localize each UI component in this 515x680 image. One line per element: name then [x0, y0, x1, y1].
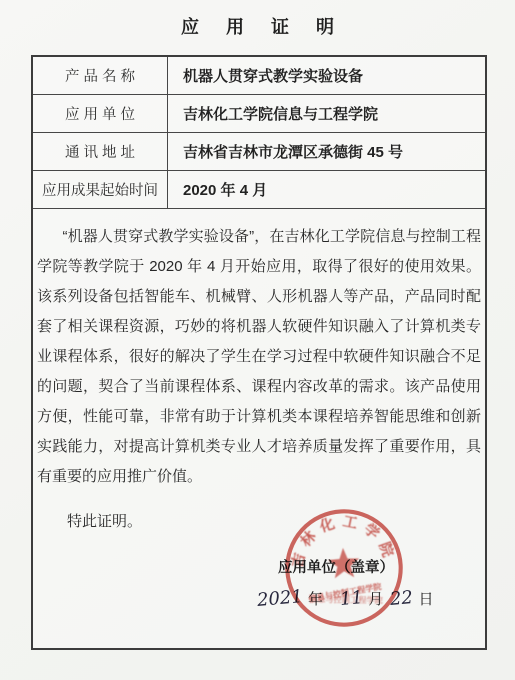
- product-name-value: 机器人贯穿式教学实验设备: [168, 57, 485, 94]
- application-unit-value: 吉林化工学院信息与工程学院: [168, 95, 485, 132]
- mailing-address-label: 通 讯 地 址: [33, 133, 168, 170]
- mailing-address-value: 吉林省吉林市龙潭区承德街 45 号: [168, 133, 485, 170]
- body-paragraph: “机器人贯穿式教学实验设备”，在吉林化工学院信息与控制工程学院等教学院于 202…: [37, 222, 481, 492]
- seal-star-icon: [327, 547, 360, 578]
- certificate-box: 产 品 名 称 机器人贯穿式教学实验设备 应 用 单 位 吉林化工学院信息与工程…: [31, 55, 487, 650]
- product-name-label: 产 品 名 称: [33, 57, 168, 94]
- page-title: 应 用 证 明: [0, 13, 515, 39]
- certificate-body: “机器人贯穿式教学实验设备”，在吉林化工学院信息与控制工程学院等教学院于 202…: [33, 209, 485, 537]
- table-row-mailing-address: 通 讯 地 址 吉林省吉林市龙潭区承德街 45 号: [33, 133, 485, 171]
- certificate-page: 应 用 证 明 产 品 名 称 机器人贯穿式教学实验设备 应 用 单 位 吉林化…: [0, 0, 515, 680]
- closing-line: 特此证明。: [37, 507, 481, 537]
- start-date-label: 应用成果起始时间: [33, 171, 168, 208]
- info-table: 产 品 名 称 机器人贯穿式教学实验设备 应 用 单 位 吉林化工学院信息与工程…: [33, 57, 485, 209]
- table-row-application-unit: 应 用 单 位 吉林化工学院信息与工程学院: [33, 95, 485, 133]
- day-unit: 日: [419, 591, 434, 608]
- table-row-start-date: 应用成果起始时间 2020 年 4 月: [33, 171, 485, 209]
- official-seal-stamp: 吉林化工学院 信息与控制工程学院 信息与控制工程学院: [277, 501, 412, 636]
- start-date-value: 2020 年 4 月: [168, 171, 485, 208]
- table-row-product-name: 产 品 名 称 机器人贯穿式教学实验设备: [33, 57, 485, 95]
- application-unit-label: 应 用 单 位: [33, 95, 168, 132]
- seal-sub-text-smear: 信息与控制工程学院: [309, 594, 384, 605]
